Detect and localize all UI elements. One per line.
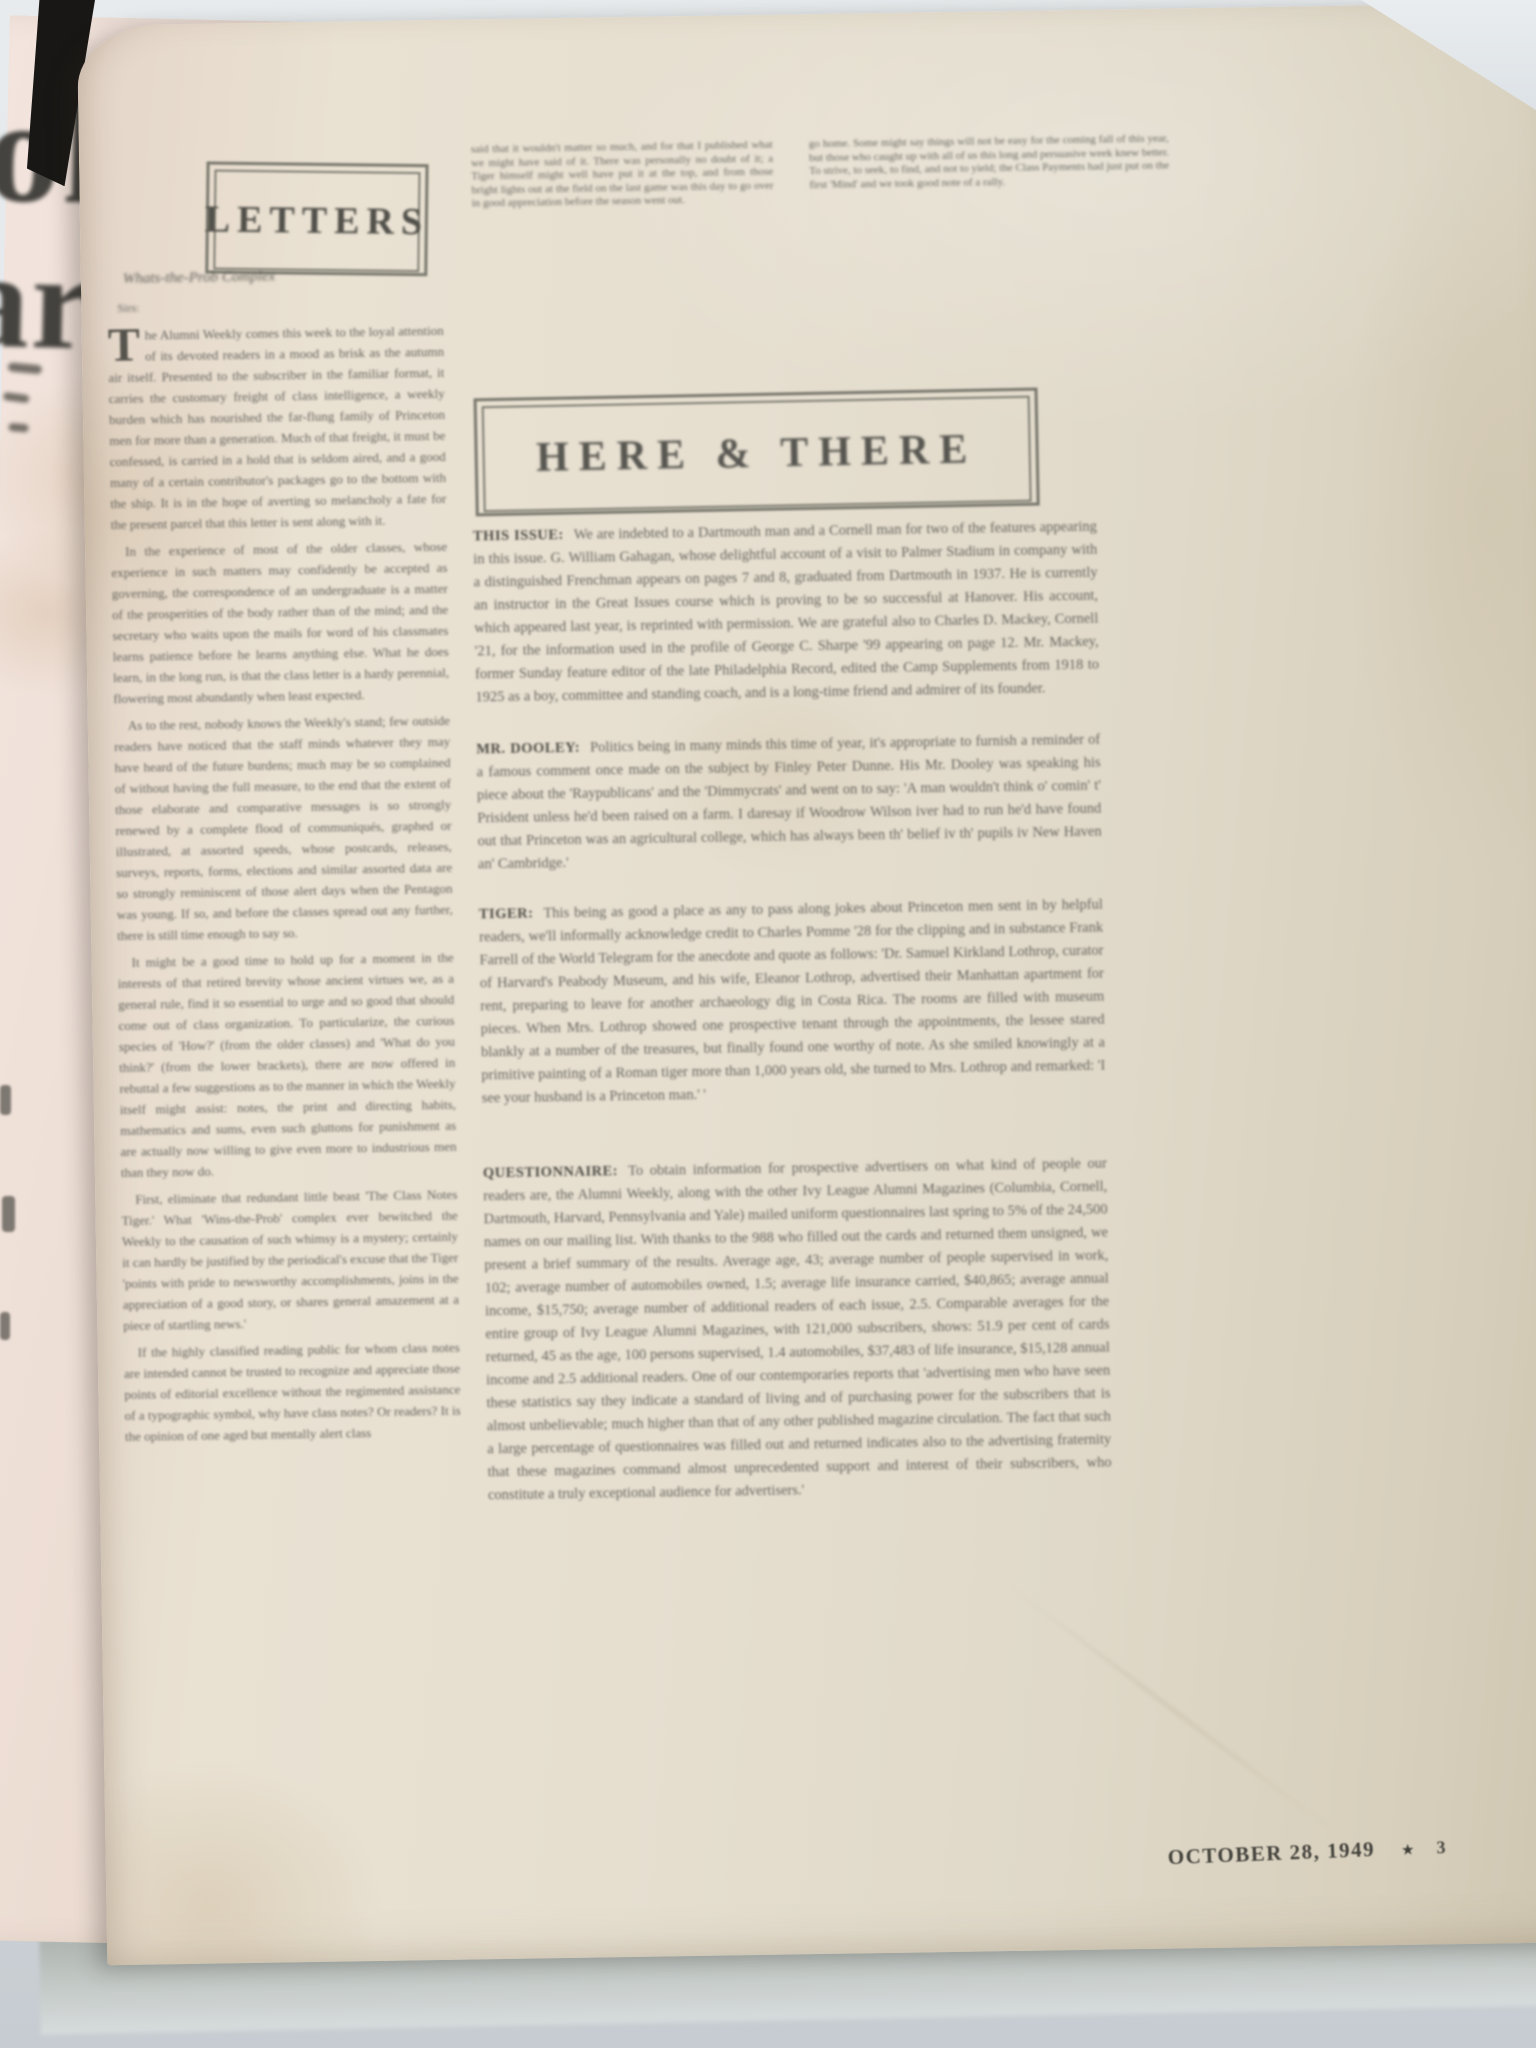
- letters-box: LETTERS: [205, 161, 428, 276]
- letter-heading: Whats-the-Prob Complex: [123, 264, 443, 290]
- here-there-entry: MR. DOOLEY:Politics being in many minds …: [476, 729, 1102, 877]
- here-there-column: THIS ISSUE:We are indebted to a Dartmout…: [473, 516, 1112, 1508]
- paper-crease: [1005, 1582, 1342, 1838]
- continued-text-column-1: said that it wouldn't matter so much, an…: [471, 139, 774, 211]
- letter-dropcap: T: [108, 325, 146, 366]
- entry-text: To obtain information for prospective ad…: [483, 1156, 1112, 1504]
- continued-text-column-2: go home. Some might say things will not …: [809, 132, 1170, 192]
- entry-lead: MR. DOOLEY:: [476, 740, 580, 758]
- here-there-entry: QUESTIONNAIRE:To obtain information for …: [483, 1153, 1112, 1508]
- entry-lead: TIGER:: [479, 906, 534, 923]
- letter-paragraph: As to the rest, nobody knows the Weekly'…: [114, 710, 454, 946]
- letter-paragraph: If the highly classified reading public …: [124, 1337, 462, 1447]
- letter-paragraph: In the experience of most of the older c…: [111, 536, 450, 709]
- here-there-box: HERE & THERE: [474, 388, 1040, 517]
- facing-page-text-mark: [3, 392, 30, 403]
- footer-star-icon: ★: [1401, 1840, 1415, 1860]
- letters-title: LETTERS: [204, 197, 429, 244]
- footer-date: OCTOBER 28, 1949: [1167, 1837, 1375, 1870]
- facing-page-text-mark: [8, 423, 29, 432]
- here-there-entry: TIGER:This being as good a place as any …: [479, 894, 1106, 1111]
- here-there-box-inner-rule: HERE & THERE: [482, 396, 1032, 513]
- here-there-title: HERE & THERE: [536, 426, 978, 482]
- entry-lead: THIS ISSUE:: [473, 527, 564, 544]
- facing-page-edge-mark: [0, 1085, 11, 1115]
- letters-box-inner-rule: LETTERS: [213, 170, 420, 273]
- letter-paragraph-text: he Alumni Weekly comes this week to the …: [108, 323, 446, 532]
- magazine-photo: ok ar LETTERS said that it wouldn't matt…: [0, 0, 1536, 2048]
- letter-salutation: Sirs:: [117, 293, 443, 319]
- entry-lead: QUESTIONNAIRE:: [483, 1163, 618, 1181]
- facing-page-edge-mark: [0, 1312, 10, 1340]
- page-footer: OCTOBER 28, 1949 ★ 3: [1167, 1830, 1536, 1870]
- entry-text: This being as good a place as any to pas…: [479, 897, 1105, 1107]
- main-page: LETTERS said that it wouldn't matter so …: [77, 3, 1536, 1966]
- letters-column: Whats-the-Prob Complex Sirs: The Alumni …: [107, 264, 462, 1453]
- footer-page-number: 3: [1436, 1837, 1446, 1858]
- letter-paragraph: First, eliminate that redundant little b…: [121, 1184, 459, 1336]
- letter-paragraph: The Alumni Weekly comes this week to the…: [108, 320, 447, 535]
- entry-text: We are indebted to a Dartmouth man and a…: [473, 519, 1099, 706]
- facing-page-edge-mark: [2, 1196, 15, 1232]
- here-there-entry: THIS ISSUE:We are indebted to a Dartmout…: [473, 516, 1100, 710]
- letter-paragraph: It might be a good time to hold up for a…: [117, 947, 457, 1183]
